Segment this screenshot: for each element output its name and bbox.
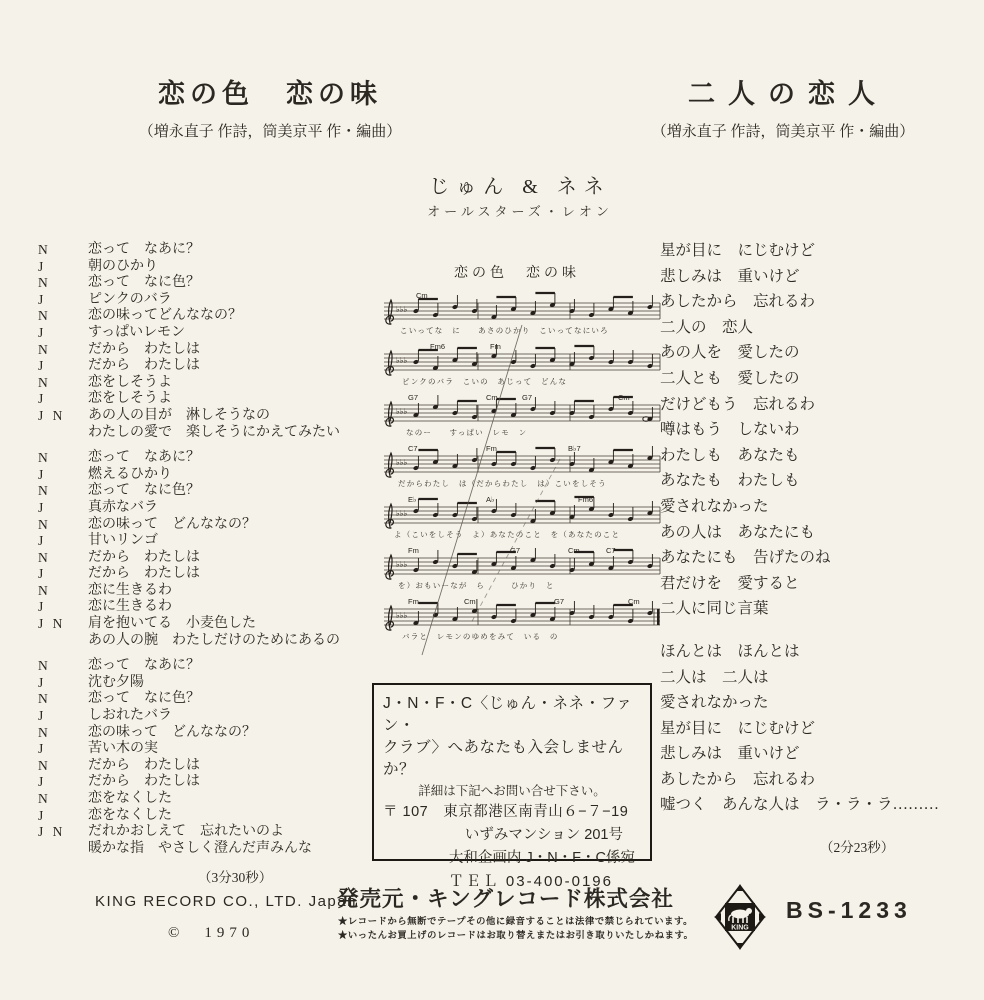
lyric-text: 甘いリンゴ [88,533,158,550]
singer-label [38,633,88,650]
lyric-line: J Nだれかおしえて 忘れたいのよ [38,824,373,841]
lyric-line: Jピンクのバラ [38,292,373,309]
fan-club-line: J・N・F・C〈じゅん・ネネ・ファン・ [383,693,641,737]
svg-text:Fm: Fm [490,342,501,351]
svg-text:だからわたし は（だからわたし は）こいをしそう: だからわたし は（だからわたし は）こいをしそう [398,479,607,488]
lyric-text: だから わたしは [88,358,200,375]
svg-text:Cm: Cm [568,546,580,555]
singer-label: J [38,292,88,309]
lyric-line: ほんとは ほんとは [660,639,982,665]
svg-text:G7: G7 [522,393,532,402]
lyric-line: Jしおれたバラ [38,708,373,725]
singer-label: J [38,259,88,276]
lyric-text: 恋の味ってどんななの？ [88,308,242,325]
svg-text:Fm6: Fm6 [430,342,445,351]
svg-text:G7: G7 [554,597,564,606]
lyric-line: 愛されなかった [660,494,982,520]
artist-name: じゅん & ネネ [320,170,720,199]
lyric-line: J恋をしそうよ [38,391,373,408]
lyric-line: あしたから 忘れるわ [660,767,982,793]
singer-label: J [38,774,88,791]
lyric-line: 暖かな指 やさしく澄んだ声みんな [38,841,373,858]
lyric-line: J恋に生きるわ [38,599,373,616]
lyrics-column-right: 星が目に にじむけど悲しみは 重いけどあしたから 忘れるわ二人の 恋人あの人を … [660,238,982,818]
singer-label: J N [38,824,88,841]
svg-text:A♭: A♭ [486,495,495,504]
lyric-text: 沈む夕陽 [88,675,144,692]
lyric-line: N恋って なに色？ [38,275,373,292]
lyric-line: N恋って なあに？ [38,658,373,675]
lyric-block: 星が目に にじむけど悲しみは 重いけどあしたから 忘れるわ二人の 恋人あの人を … [660,238,982,622]
lyric-line: 悲しみは 重いけど [660,264,982,290]
singer-label: N [38,725,88,742]
lyric-line: N恋の味って どんななの？ [38,725,373,742]
lyric-text: 苦い木の実 [88,741,158,758]
publisher-japanese: 発売元・キングレコード株式会社 [337,882,674,913]
lyric-text: 恋って なに色？ [88,483,200,500]
lyric-text: 恋をしそうよ [88,391,172,408]
singer-label: N [38,691,88,708]
lyric-line: J N肩を抱いてる 小麦色した [38,616,373,633]
catalog-number: BS-1233 [786,897,912,924]
lyric-text: だから わたしは [88,342,200,359]
lyric-line: 悲しみは 重いけど [660,741,982,767]
lyric-text: 暖かな指 やさしく澄んだ声みんな [88,841,312,858]
lyric-text: 恋って なあに？ [88,242,200,259]
lyric-line: わたしの愛で 楽しそうにかえてみたい [38,425,373,442]
svg-text:バラと レモンのゆめをみて いる の: バラと レモンのゆめをみて いる の [402,632,559,641]
lyric-verse: N恋って なあに？J沈む夕陽N恋って なに色？JしおれたバラN恋の味って どんな… [38,658,373,857]
song-title-left: 恋の色 恋の味 [110,72,430,111]
svg-text:Cm: Cm [628,597,640,606]
svg-text:G7: G7 [408,393,418,402]
singer-label: N [38,658,88,675]
lyric-line: 噂はもう しないわ [660,417,982,443]
svg-text:ピンクのバラ こいの あじって どんな: ピンクのバラ こいの あじって どんな [402,377,567,386]
fan-club-box: J・N・F・C〈じゅん・ネネ・ファン・クラブ〉へあなたも入会しませんか？詳細は下… [372,683,652,861]
lyric-text: 恋をなくした [88,791,172,808]
singer-label: J [38,467,88,484]
singer-label: J [38,500,88,517]
lyric-line: Nだから わたしは [38,342,373,359]
svg-text:Fm: Fm [408,546,419,555]
lyric-text: だれかおしえて 忘れたいのよ [88,824,284,841]
lyric-line: 星が目に にじむけど [660,238,982,264]
lyric-line: 二人は 二人は [660,665,982,691]
lyric-line: Jだから わたしは [38,358,373,375]
legal-notice-line: ★レコードから無断でテープその他に録音することは法律で禁じられています。 [338,915,694,929]
svg-text:Cm: Cm [486,393,498,402]
lyric-text: 恋をなくした [88,808,172,825]
duration-right: （2分23秒） [820,836,894,856]
lyric-verse: N恋って なあに？J朝のひかりN恋って なに色？JピンクのバラN恋の味ってどんな… [38,242,373,441]
singer-label: J N [38,616,88,633]
singer-label: J [38,391,88,408]
lyric-line: N恋をしそうよ [38,375,373,392]
singer-label: J [38,533,88,550]
svg-text:Cm: Cm [618,393,630,402]
singer-label: N [38,550,88,567]
lyric-block: ほんとは ほんとは二人は 二人は愛されなかった星が目に にじむけど悲しみは 重い… [660,639,982,818]
copyright-year: © 1970 [168,921,254,942]
singer-label: J [38,358,88,375]
svg-text:E♭: E♭ [408,495,417,504]
svg-text:C7: C7 [408,444,418,453]
lyric-line: Nだから わたしは [38,550,373,567]
lyric-line: J恋をなくした [38,808,373,825]
singer-label: N [38,583,88,600]
singer-label: N [38,758,88,775]
lyric-text: 恋をしそうよ [88,375,172,392]
lyric-line: 二人とも 愛したの [660,366,982,392]
lyric-line: J燃えるひかり [38,467,373,484]
fan-club-line: クラブ〉へあなたも入会しませんか？ [383,737,641,781]
lyric-line: 君だけを 愛すると [660,571,982,597]
lyric-text: ピンクのバラ [88,292,172,309]
svg-text:Cm: Cm [416,291,428,300]
lyric-text: 恋に生きるわ [88,599,172,616]
lyric-verse: N恋って なあに？J燃えるひかりN恋って なに色？J真赤なバラN恋の味って どん… [38,450,373,649]
lyric-line: Jだから わたしは [38,774,373,791]
lyric-text: 朝のひかり [88,259,158,276]
lyric-line: N恋って なあに？ [38,450,373,467]
fan-club-line: 大和企画内 J・N・F・C係宛 [383,847,641,870]
singer-label: J [38,566,88,583]
backing-band-name: オールスターズ・レオン [320,201,720,220]
lyric-text: 肩を抱いてる 小麦色した [88,616,256,633]
svg-text:KING: KING [731,925,749,932]
svg-text:♭♭♭: ♭♭♭ [396,611,408,620]
svg-text:B♭7: B♭7 [568,444,581,453]
sheet-music-staves: ♭♭♭Cmこいってな に あさのひかり こいってなにいろ♭♭♭Fm6Fmピンクの… [370,287,664,666]
publisher-english: KING RECORD CO., LTD. Japan [95,893,357,910]
lyric-line: Jすっぱいレモン [38,325,373,342]
singer-label [38,425,88,442]
fan-club-line: 〒 107 東京都港区南青山６−７−19 [383,801,641,824]
svg-text:♭♭♭: ♭♭♭ [396,305,408,314]
lyric-line: 二人に同じ言葉 [660,596,982,622]
lyric-text: あの人の腕 わたしだけのためにあるの [88,633,340,650]
lyric-line: N恋の味って どんななの？ [38,517,373,534]
singer-label: J [38,675,88,692]
singer-label [38,841,88,858]
lyric-line: J真赤なバラ [38,500,373,517]
singer-label: J [38,325,88,342]
svg-text:こいってな に あさのひかり こいってなにいろ: こいってな に あさのひかり こいってなにいろ [400,326,609,335]
svg-text:Fm: Fm [408,597,419,606]
singer-label: J [38,741,88,758]
lyric-text: だから わたしは [88,566,200,583]
lyric-line: N恋の味ってどんななの？ [38,308,373,325]
singer-label: J [38,808,88,825]
lyric-line: N恋って なに色？ [38,483,373,500]
lyric-text: だから わたしは [88,550,200,567]
singer-label: N [38,242,88,259]
lyric-line: J Nあの人の目が 淋しそうなの [38,408,373,425]
singer-label: J [38,708,88,725]
king-records-logo-icon: KING [712,884,768,955]
song-credit-right: （増永直子 作詩，筒美京平 作・編曲） [588,120,978,141]
lyric-line: N恋って なに色？ [38,691,373,708]
lyric-line: あの人を 愛したの [660,340,982,366]
singer-label: N [38,342,88,359]
svg-text:♭♭♭: ♭♭♭ [396,509,408,518]
lyric-line: あの人は あなたにも [660,520,982,546]
lyric-text: 恋に生きるわ [88,583,172,600]
svg-text:♭♭♭: ♭♭♭ [396,356,408,365]
lyrics-column-left: N恋って なあに？J朝のひかりN恋って なに色？JピンクのバラN恋の味ってどんな… [38,242,373,886]
svg-text:なのー すっぱい レモ ン: なのー すっぱい レモ ン [406,428,527,437]
lyric-line: J沈む夕陽 [38,675,373,692]
lyric-text: 真赤なバラ [88,500,158,517]
svg-text:Cm: Cm [464,597,476,606]
singer-label: N [38,450,88,467]
singer-label: N [38,375,88,392]
svg-text:Fm6: Fm6 [578,495,593,504]
fan-club-line: いずみマンション 201号 [383,824,641,847]
legal-notice-line: ★いったんお買上げのレコードはお取り替えまたはお引き取りいたしかねます。 [338,929,694,943]
svg-text:よ（こいをしそう よ）あなたのこと を（あなたのこと: よ（こいをしそう よ）あなたのこと を（あなたのこと [394,530,620,539]
svg-text:を）おもいーなが ら ひかり と: を）おもいーなが ら ひかり と [398,581,555,590]
lyric-line: あの人の腕 わたしだけのためにあるの [38,633,373,650]
fan-club-line: 詳細は下記へお問い合せ下さい。 [383,781,641,801]
lyric-line: Jだから わたしは [38,566,373,583]
sheet-music: 恋の色 恋の味 ♭♭♭Cmこいってな に あさのひかり こいってなにいろ♭♭♭F… [370,262,664,666]
singer-label: J [38,599,88,616]
lyric-line: J朝のひかり [38,259,373,276]
lyric-line: N恋って なあに？ [38,242,373,259]
svg-text:Fm: Fm [486,444,497,453]
lyric-text: すっぱいレモン [88,325,185,342]
lyric-text: あの人の目が 淋しそうなの [88,408,270,425]
lyric-text: 恋の味って どんななの？ [88,725,256,742]
lyric-text: だから わたしは [88,758,200,775]
lyric-line: 二人の 恋人 [660,315,982,341]
lyric-text: 恋って なあに？ [88,450,200,467]
lyric-line: J甘いリンゴ [38,533,373,550]
lyric-text: だから わたしは [88,774,200,791]
sheet-music-title: 恋の色 恋の味 [370,262,664,282]
lyric-line: N恋をなくした [38,791,373,808]
lyric-line: わたしも あなたも [660,443,982,469]
lyric-text: しおれたバラ [88,708,172,725]
lyric-line: あしたから 忘れるわ [660,289,982,315]
svg-text:♭♭♭: ♭♭♭ [396,407,408,416]
lyric-text: 恋って なに色？ [88,275,200,292]
singer-label: N [38,517,88,534]
svg-text:G7: G7 [510,546,520,555]
lyric-line: あなたも わたしも [660,468,982,494]
lyric-line: 星が目に にじむけど [660,716,982,742]
lyric-line: だけどもう 忘れるわ [660,392,982,418]
record-sleeve-back: 恋の色 恋の味 （増永直子 作詩，筒美京平 作・編曲） 二人の恋人 （増永直子 … [0,0,984,1000]
lyric-text: 恋って なあに？ [88,658,200,675]
song-title-right: 二人の恋人 [598,72,978,111]
singer-label: N [38,308,88,325]
lyric-line: 愛されなかった [660,690,982,716]
lyric-line: あなたにも 告げたのね [660,545,982,571]
sheet-music-notation: ♭♭♭Cmこいってな に あさのひかり こいってなにいろ♭♭♭Fm6Fmピンクの… [370,287,664,661]
lyric-line: Nだから わたしは [38,758,373,775]
legal-notices: ★レコードから無断でテープその他に録音することは法律で禁じられています。★いった… [338,915,694,942]
singer-label: N [38,791,88,808]
lyric-text: 恋の味って どんななの？ [88,517,256,534]
lyric-line: N恋に生きるわ [38,583,373,600]
lyric-verses: N恋って なあに？J朝のひかりN恋って なに色？JピンクのバラN恋の味ってどんな… [38,242,373,857]
svg-text:♭♭♭: ♭♭♭ [396,458,408,467]
singer-label: J N [38,408,88,425]
lyric-line: J苦い木の実 [38,741,373,758]
lyric-line: 嘘つく あんな人は ラ・ラ・ラ……… [660,792,982,818]
lyric-text: わたしの愛で 楽しそうにかえてみたい [88,425,340,442]
svg-text:C7: C7 [606,546,616,555]
lyric-text: 燃えるひかり [88,467,172,484]
singer-label: N [38,275,88,292]
song-credit-left: （増永直子 作詩，筒美京平 作・編曲） [90,120,450,141]
singer-label: N [38,483,88,500]
svg-text:♭♭♭: ♭♭♭ [396,560,408,569]
lyric-text: 恋って なに色？ [88,691,200,708]
